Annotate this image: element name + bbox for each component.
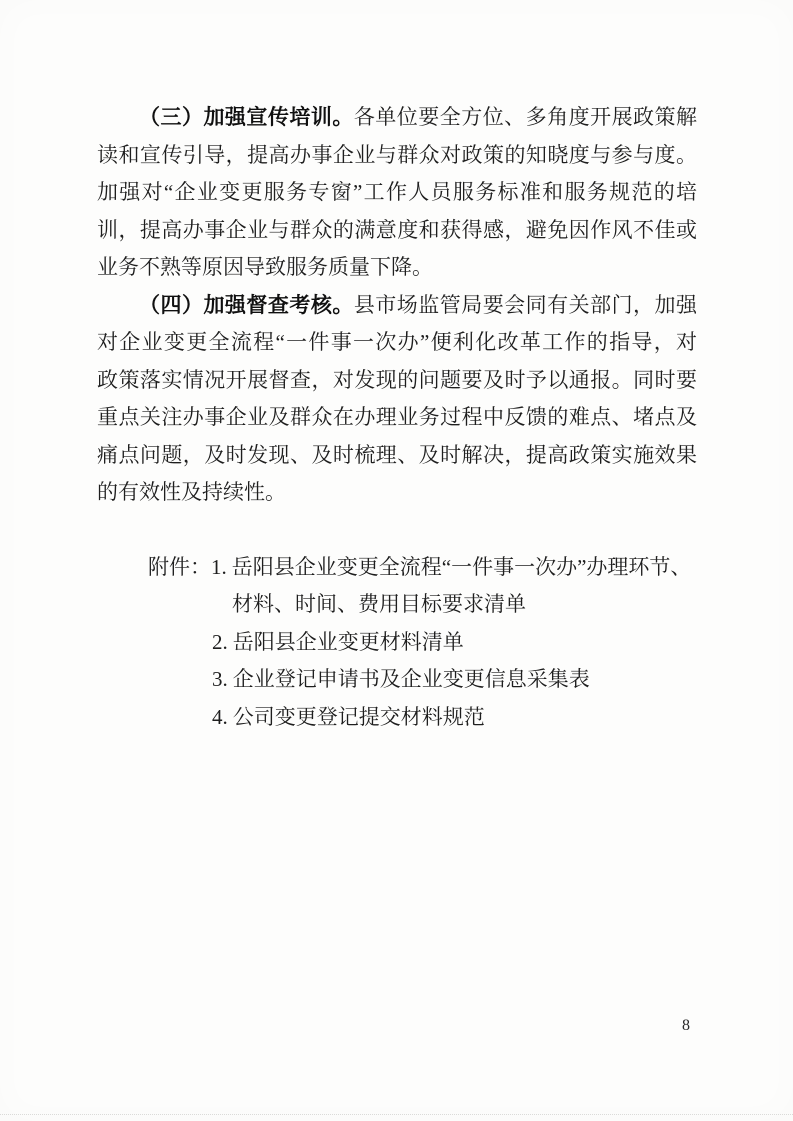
text-line: 政策落实情况开展督查，对发现的问题要及时予以通报。同时要 (97, 362, 697, 400)
scan-edge-artifact (0, 1114, 793, 1115)
text-line: 读和宣传引导，提高办事企业与群众对政策的知晓度与参与度。 (97, 137, 697, 175)
attachment-number: 4. (212, 699, 228, 737)
paragraph-section-3: （三）加强宣传培训。各单位要全方位、多角度开展政策解 读和宣传引导，提高办事企业… (97, 99, 697, 287)
text-line: （三）加强宣传培训。各单位要全方位、多角度开展政策解 (97, 99, 697, 137)
attachment-number: 3. (212, 661, 228, 699)
attachment-text: 岳阳县企业变更材料清单 (233, 630, 464, 654)
text-line: （四）加强督查考核。县市场监管局要会同有关部门，加强 (97, 287, 697, 325)
attachment-item-4: 4.公司变更登记提交材料规范 (212, 699, 697, 737)
text-line: 对企业变更全流程“一件事一次办”便利化改革工作的指导，对 (97, 324, 697, 362)
attachment-number: 2. (212, 624, 228, 662)
section-heading: （四）加强督查考核。 (139, 293, 354, 317)
section-heading: （三）加强宣传培训。 (139, 105, 354, 129)
attachment-text: 公司变更登记提交材料规范 (233, 705, 485, 729)
attachment-item-3: 3.企业登记申请书及企业变更信息采集表 (212, 661, 697, 699)
text-line: 加强对“企业变更服务专窗”工作人员服务标准和服务规范的培 (97, 174, 697, 212)
page-number: 8 (682, 1016, 690, 1036)
text-line: 训，提高办事企业与群众的满意度和获得感，避免因作风不佳或 (97, 212, 697, 250)
attachment-text: 企业登记申请书及企业变更信息采集表 (233, 667, 590, 691)
paragraph-text: 各单位要全方位、多角度开展政策解 (354, 105, 697, 129)
attachment-number: 1. (211, 549, 227, 587)
paragraph-text: 县市场监管局要会同有关部门，加强 (354, 293, 697, 317)
text-line: 痛点问题，及时发现、及时梳理、及时解决，提高政策实施效果 (97, 437, 697, 475)
paragraph-section-4: （四）加强督查考核。县市场监管局要会同有关部门，加强 对企业变更全流程“一件事一… (97, 287, 697, 512)
text-line: 业务不熟等原因导致服务质量下降。 (97, 249, 697, 287)
text-line: 的有效性及持续性。 (97, 474, 697, 512)
attachments-label: 附件： (148, 555, 211, 579)
document-body: （三）加强宣传培训。各单位要全方位、多角度开展政策解 读和宣传引导，提高办事企业… (97, 99, 697, 736)
document-page: （三）加强宣传培训。各单位要全方位、多角度开展政策解 读和宣传引导，提高办事企业… (0, 0, 793, 1121)
attachment-text: 岳阳县企业变更全流程“一件事一次办”办理环节、 (232, 555, 692, 579)
attachment-item-1-continued: 材料、时间、费用目标要求清单 (232, 586, 697, 624)
attachment-item-2: 2.岳阳县企业变更材料清单 (212, 624, 697, 662)
text-line: 重点关注办事企业及群众在办理业务过程中反馈的难点、堵点及 (97, 399, 697, 437)
attachment-list: 附件：1.岳阳县企业变更全流程“一件事一次办”办理环节、 材料、时间、费用目标要… (97, 549, 697, 737)
attachment-item-1: 附件：1.岳阳县企业变更全流程“一件事一次办”办理环节、 (148, 549, 697, 587)
